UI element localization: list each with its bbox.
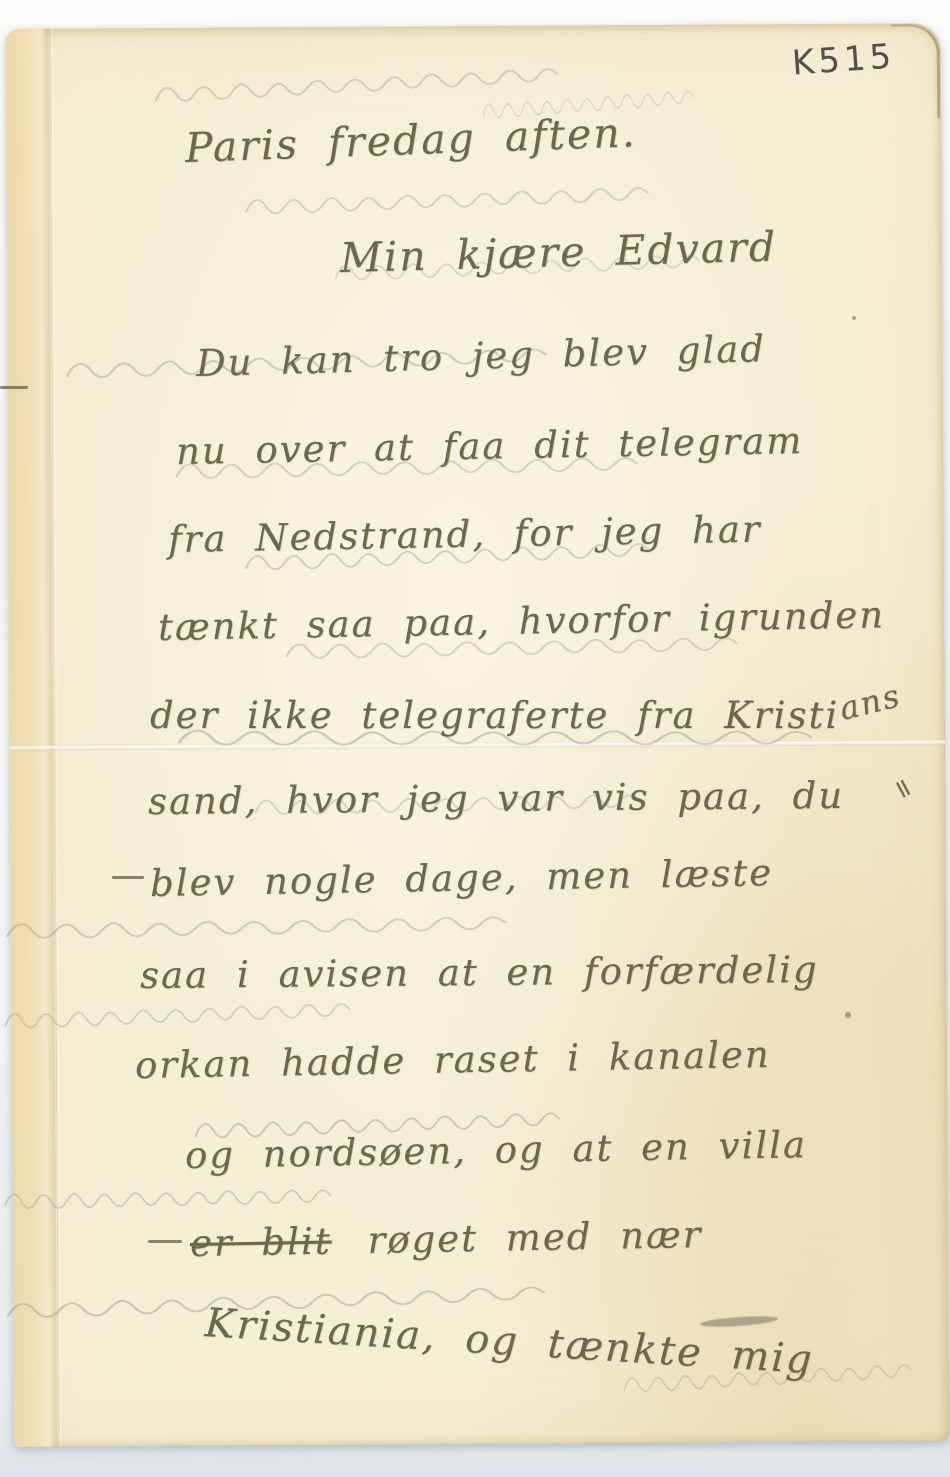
archive-label: K515: [791, 36, 897, 83]
curled-corner-edge: [891, 24, 941, 118]
struck-out-words: er blit: [190, 1220, 332, 1265]
bleed-through-writing: [0, 1180, 340, 1220]
scanned-letter-page: K515 Paris fredag aften. Min kjære Edvar…: [0, 0, 950, 1477]
margin-dash: [148, 1240, 182, 1243]
letter-line-with-correction: er blitrøget med nær: [190, 1213, 703, 1265]
line-main-text: der ikke telegraferte fra Kristi: [150, 694, 839, 737]
letter-body-line-hyphenated: der ikke telegraferte fra Kristians: [150, 694, 901, 737]
ink-speck: [852, 316, 856, 320]
line-after-struck: røget med nær: [367, 1213, 703, 1262]
ink-speck: [845, 1012, 851, 1018]
margin-dash: [0, 386, 28, 389]
letter-body-line: sand, hvor jeg var vis paa, du: [148, 774, 844, 823]
letter-body-line: saa i avisen at en forfærdelig: [140, 948, 819, 997]
margin-dash: [112, 876, 144, 879]
